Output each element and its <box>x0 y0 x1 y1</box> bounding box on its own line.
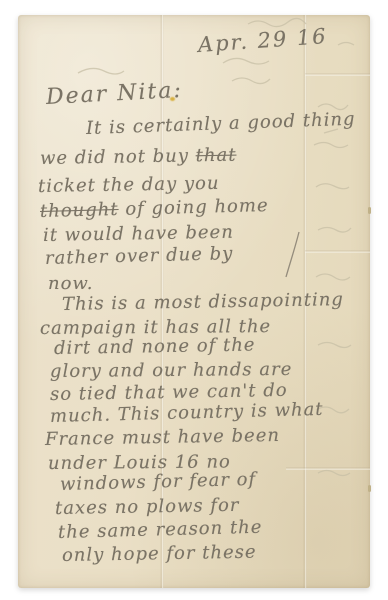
photo-background: Apr. 29 16 Dear Nita: It is certainly a … <box>0 0 388 600</box>
letter-line: glory and our hands are <box>50 359 293 382</box>
struck-word: that <box>195 145 236 167</box>
letter-line-text: it would have been <box>43 222 234 246</box>
letter-line-text: of going home <box>118 195 269 220</box>
letter-line: France must have been <box>45 425 280 450</box>
letter-line-text: France must have been <box>45 425 280 450</box>
letter-line-text: taxes no plows for <box>55 495 240 519</box>
letter-line: dirt and none of the <box>54 334 256 359</box>
letter-line: ticket the day you <box>38 173 220 197</box>
letter-line: only hope for these <box>62 542 257 566</box>
letter-line-text: now. <box>48 273 93 294</box>
letter-line-text: dirt and none of the <box>54 334 256 359</box>
struck-word: thought <box>40 199 119 222</box>
letter-line-text: ticket the day you <box>38 173 220 197</box>
letter-line: now. <box>48 273 93 294</box>
letter-paper: Apr. 29 16 Dear Nita: It is certainly a … <box>18 15 370 588</box>
letter-line: we did not buy that <box>40 145 237 169</box>
letter-line-text: only hope for these <box>62 542 257 566</box>
letter-line: it would have been <box>43 222 234 246</box>
pencil-stray-stroke <box>286 232 299 277</box>
letter-line-text: we did not buy <box>40 145 196 169</box>
letter-line-text: glory and our hands are <box>50 359 293 382</box>
letter-line: taxes no plows for <box>55 495 240 519</box>
